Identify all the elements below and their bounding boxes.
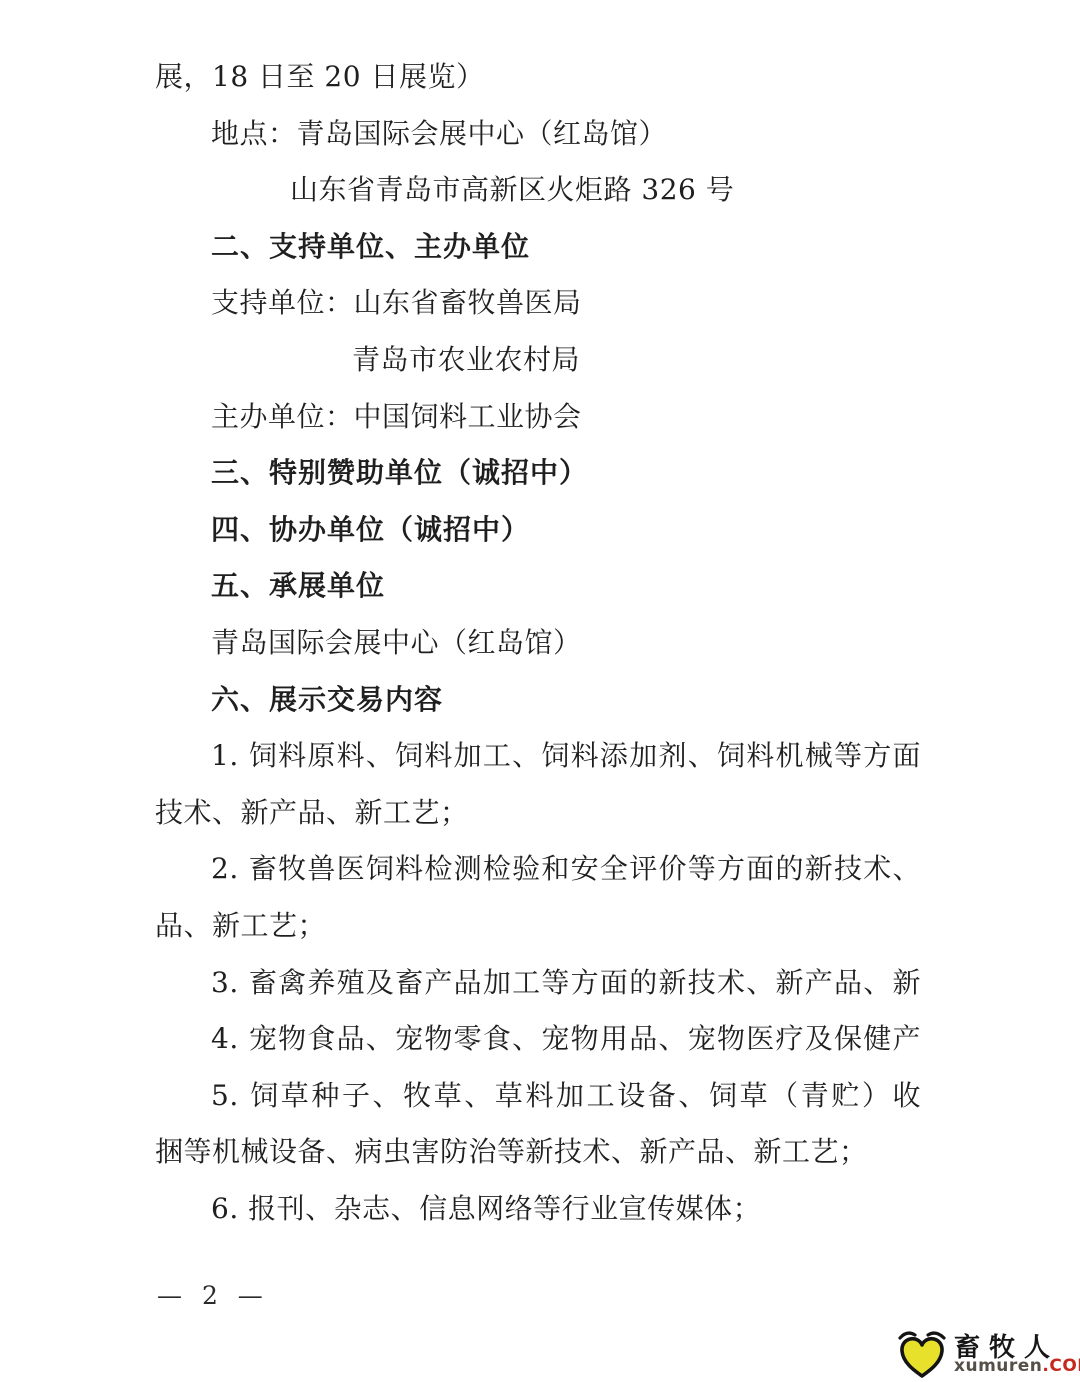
doc-line-support-unit-2: 青岛市农业农村局 — [155, 332, 921, 389]
doc-line-item3: 3. 畜禽养殖及畜产品加工等方面的新技术、新产品、新工艺； — [155, 955, 921, 1012]
logo-brand-en: xumuren.COM — [954, 1358, 1080, 1375]
doc-line-address: 山东省青岛市高新区火炬路 326 号 — [155, 162, 921, 219]
document-page: 展，18 日至 20 日展览） 地点：青岛国际会展中心（红岛馆） 山东省青岛市高… — [0, 0, 1080, 1382]
doc-line-item1: 1. 饲料原料、饲料加工、饲料添加剂、饲料机械等方面的新 — [155, 728, 921, 785]
section-heading-6: 六、展示交易内容 — [155, 672, 921, 729]
xumuren-logo: 畜牧人 xumuren.COM — [893, 1329, 1080, 1381]
doc-line-item5-cont: 捆等机械设备、病虫害防治等新技术、新产品、新工艺； — [155, 1124, 921, 1181]
heart-icon — [893, 1329, 951, 1381]
doc-line-host-unit: 主办单位：中国饲料工业协会 — [155, 389, 921, 446]
section-heading-5: 五、承展单位 — [155, 558, 921, 615]
doc-line-location: 地点：青岛国际会展中心（红岛馆） — [155, 106, 921, 163]
document-body: 展，18 日至 20 日展览） 地点：青岛国际会展中心（红岛馆） 山东省青岛市高… — [155, 49, 921, 1237]
logo-domain-name: xumuren — [954, 1356, 1042, 1376]
page-number: — 2 — — [157, 1281, 269, 1310]
doc-line-item4: 4. 宠物食品、宠物零食、宠物用品、宠物医疗及保健产品； — [155, 1011, 921, 1068]
doc-line-support-unit: 支持单位：山东省畜牧兽医局 — [155, 275, 921, 332]
section-heading-4: 四、协办单位（诚招中） — [155, 502, 921, 559]
doc-line-item1-cont: 技术、新产品、新工艺； — [155, 785, 921, 842]
doc-line-item2: 2. 畜牧兽医饲料检测检验和安全评价等方面的新技术、新产 — [155, 841, 921, 898]
doc-line-item5: 5. 饲草种子、牧草、草料加工设备、饲草（青贮）收割、打 — [155, 1068, 921, 1125]
doc-line-organizer: 青岛国际会展中心（红岛馆） — [155, 615, 921, 672]
section-heading-2: 二、支持单位、主办单位 — [155, 219, 921, 276]
doc-line-item6: 6. 报刊、杂志、信息网络等行业宣传媒体； — [155, 1181, 921, 1238]
doc-line-item2-cont: 品、新工艺； — [155, 898, 921, 955]
logo-domain-tld: .COM — [1042, 1356, 1080, 1376]
doc-line: 展，18 日至 20 日展览） — [155, 49, 921, 106]
heart-shape — [902, 1339, 942, 1376]
logo-text: 畜牧人 xumuren.COM — [954, 1329, 1080, 1375]
section-heading-3: 三、特别赞助单位（诚招中） — [155, 445, 921, 502]
